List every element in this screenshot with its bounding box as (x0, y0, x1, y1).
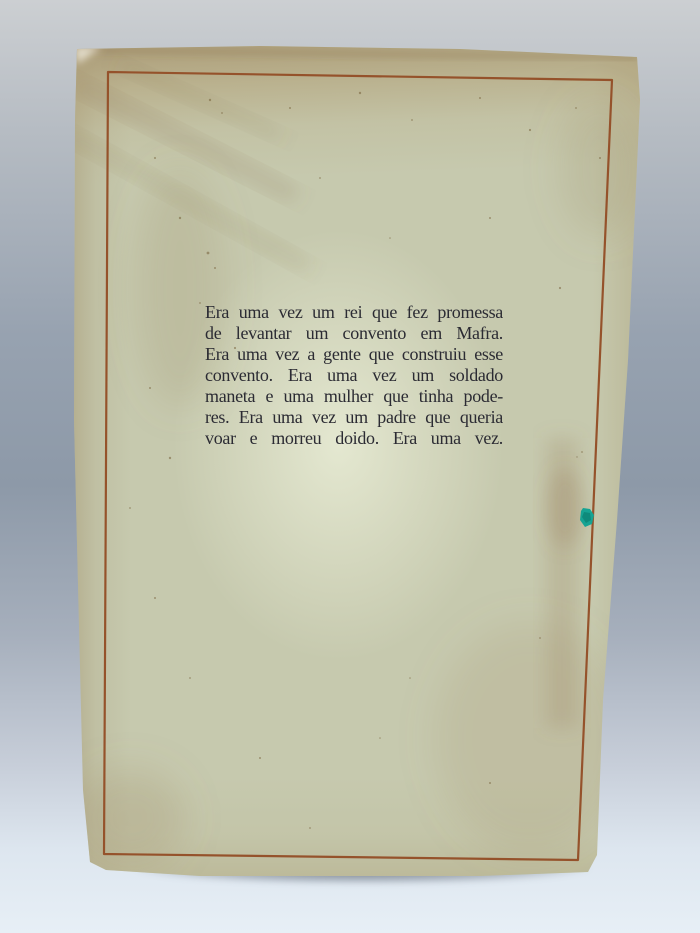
corner-wear-highlight (74, 46, 102, 64)
photo-backdrop: Era uma vez um rei que fez promessa de l… (0, 0, 700, 933)
top-edge-bevel (74, 50, 637, 58)
book-back-cover: Era uma vez um rei que fez promessa de l… (60, 38, 652, 886)
blurb-line: maneta e uma mulher que tinha pode- (205, 386, 503, 407)
blurb-line: Era uma vez a gente que construiu esse (205, 344, 503, 365)
blurb-text: Era uma vez um rei que fez promessa de l… (205, 302, 503, 449)
foxing-patches (75, 98, 640, 868)
blurb-line: voar e morreu doido. Era uma vez. (205, 428, 503, 449)
cover-artwork (60, 38, 652, 886)
blurb-line: Era uma vez um rei que fez promessa (205, 302, 503, 323)
blurb-line: convento. Era uma vez um soldado (205, 365, 503, 386)
blurb-line: res. Era uma vez um padre que queria (205, 407, 503, 428)
blurb-line: de levantar um convento em Mafra. (205, 323, 503, 344)
